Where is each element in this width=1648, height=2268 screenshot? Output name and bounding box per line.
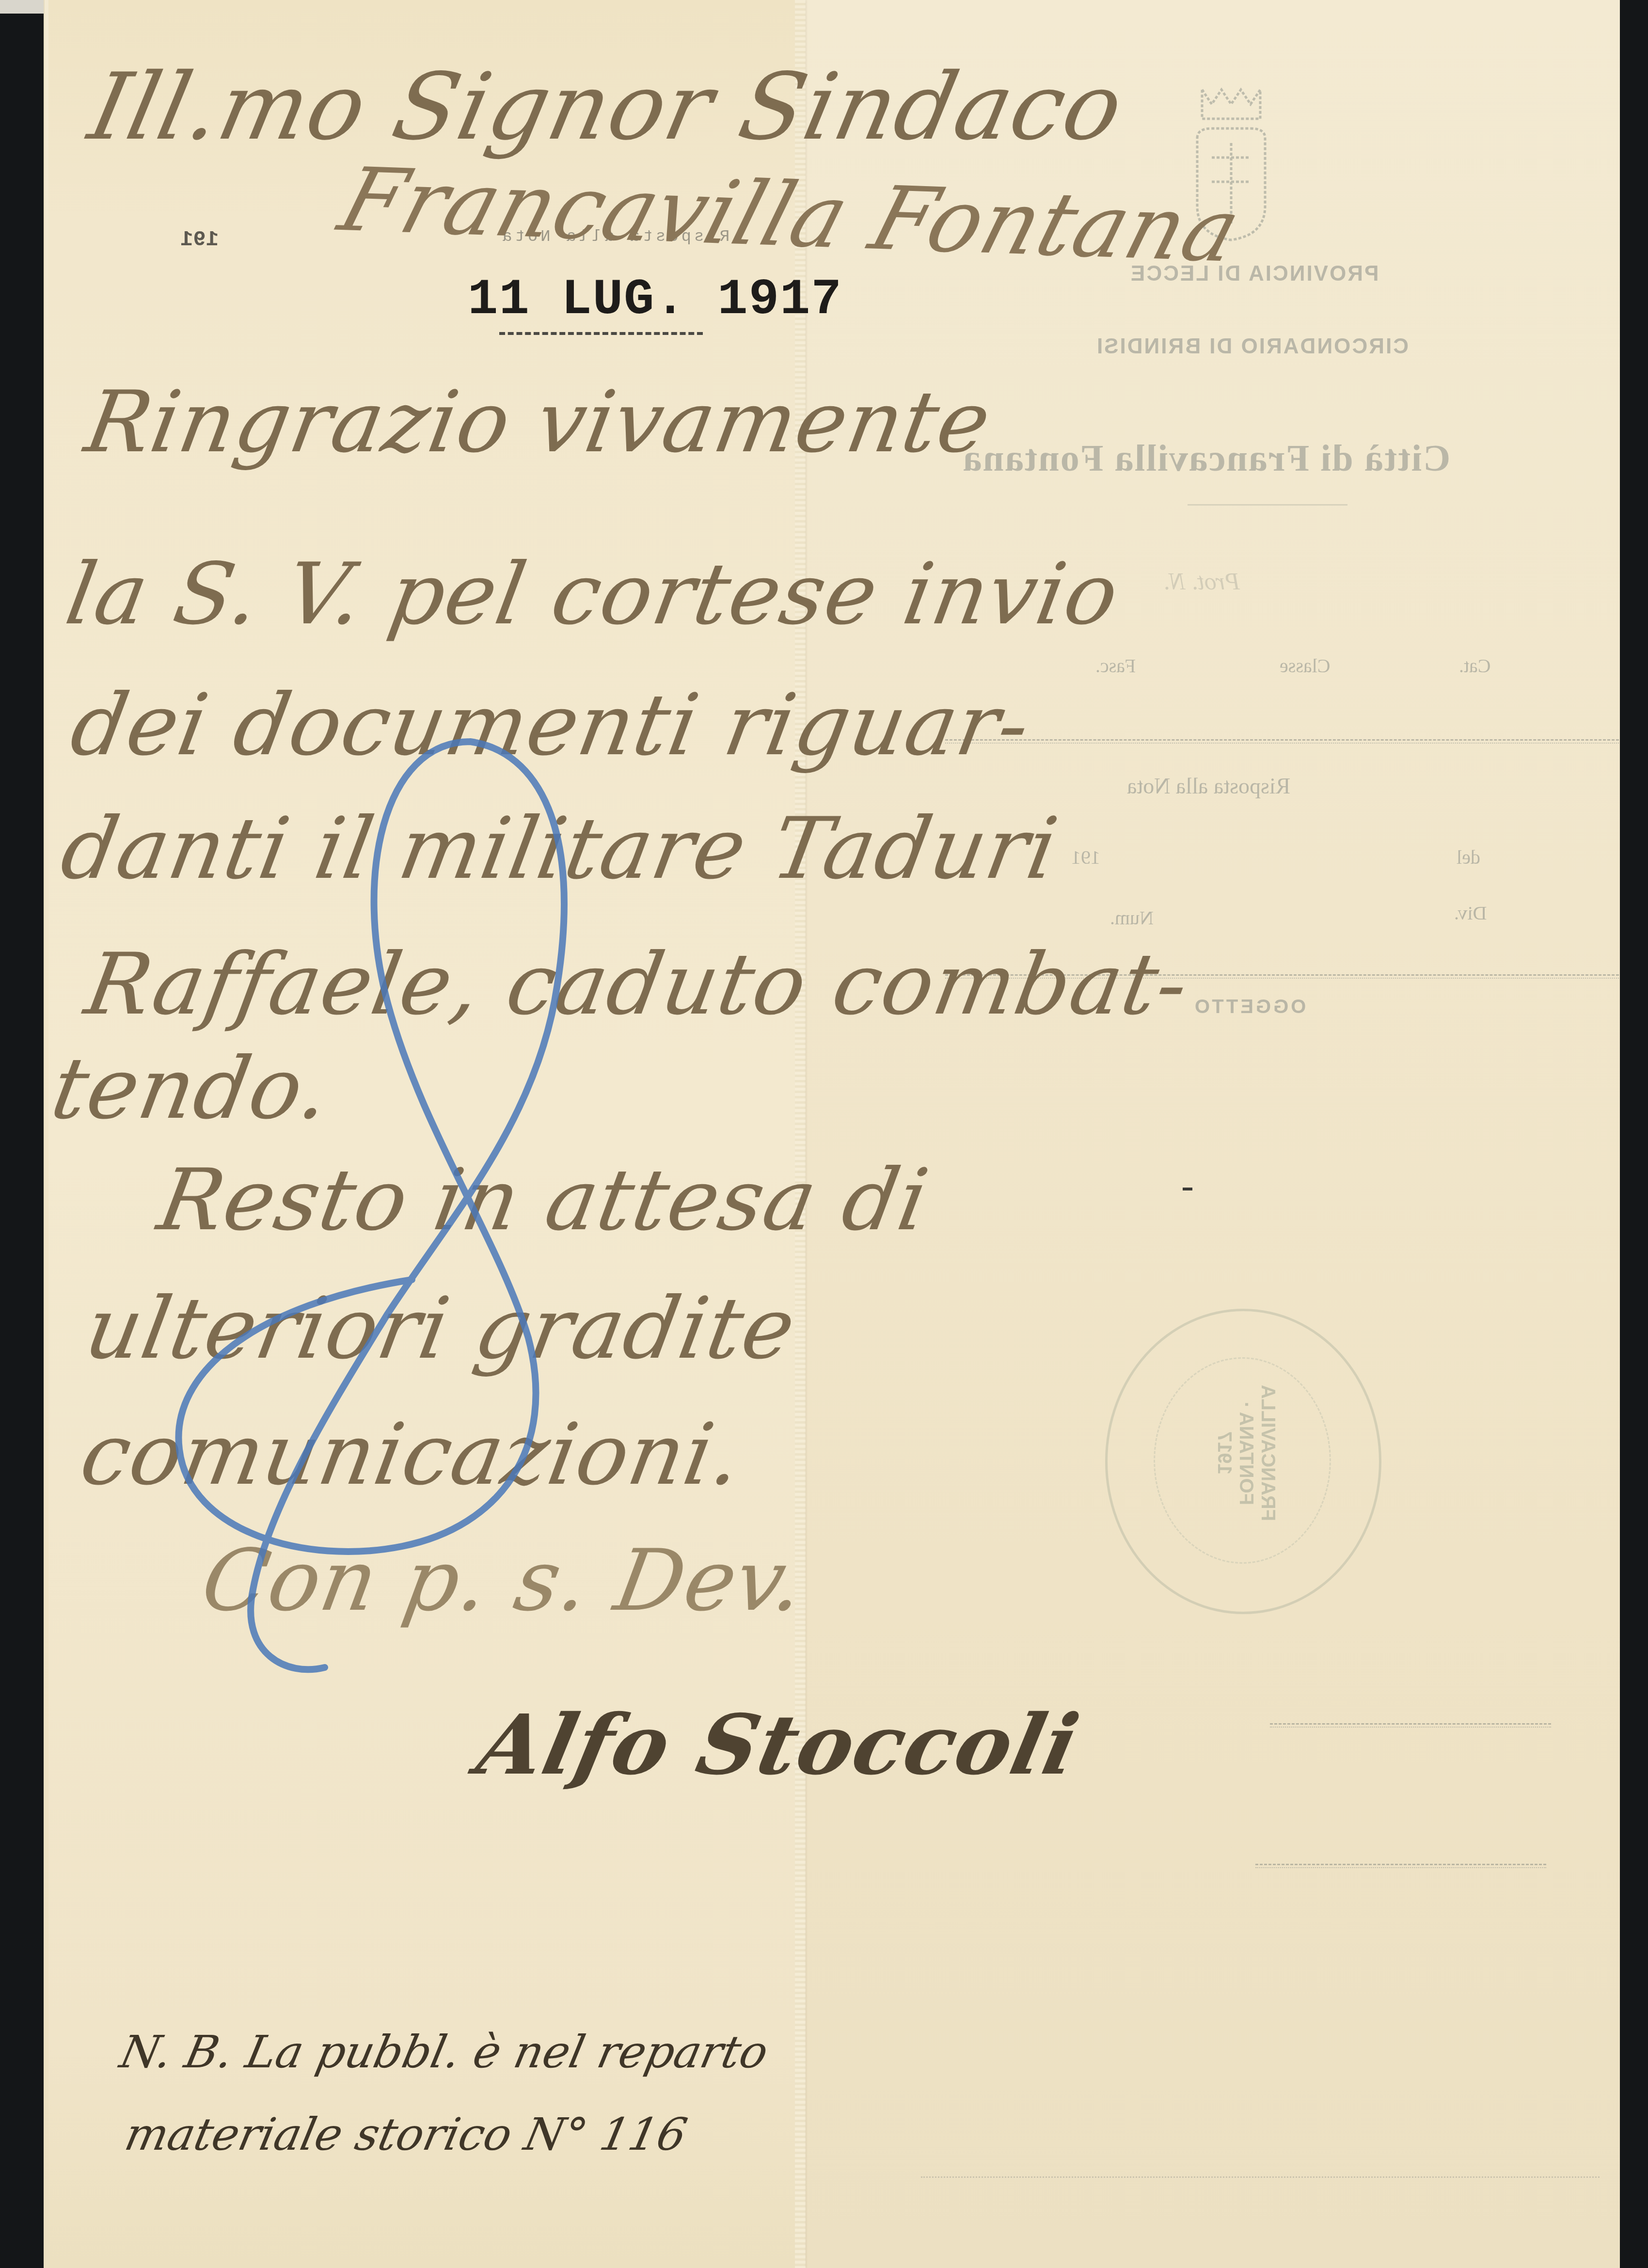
torn-sheet-edge: [795, 0, 806, 2268]
date-received-stamp: 11 LUG. 1917: [468, 271, 842, 329]
blue-pencil-eight-icon: [160, 732, 596, 1682]
lower-rule-1: [1270, 1723, 1551, 1728]
letter-salutation: Ill.mo Signor Sindaco: [81, 53, 1133, 160]
ink-dash-mark: [1183, 1188, 1192, 1190]
date-stamp-underline: [499, 332, 703, 339]
field-del-label: del: [1457, 846, 1480, 869]
field-div-label: Div.: [1454, 902, 1487, 924]
scanner-background-right: [1619, 0, 1648, 2268]
field-year-label: 191: [1071, 846, 1100, 869]
field-risposta-label: Risposta alla Nota: [1127, 773, 1290, 799]
archival-note-line-2: materiale storico N° 116: [121, 2109, 692, 2160]
letterhead-protocol-label: Prot. N.: [1163, 567, 1240, 595]
archival-note-line-1: N. B. La pubbl. è nel reparto: [116, 2026, 773, 2078]
field-fasc-label: Fasc.: [1095, 654, 1136, 677]
letterhead-divider: [1188, 504, 1347, 506]
bottom-dotted-rule: [921, 2176, 1600, 2179]
lower-rule-2: [1255, 1864, 1546, 1868]
form-rule-top: [945, 739, 1619, 744]
field-classe-label: Classe: [1280, 654, 1330, 677]
scanner-edge-strip: [0, 0, 48, 14]
letter-body-line: la S. V. pel cortese invio: [59, 545, 1126, 644]
letter-body-line: Ringrazio vivamente: [79, 373, 998, 472]
scanner-background-left: [0, 0, 44, 2268]
field-num-label: Num.: [1110, 906, 1154, 929]
oggetto-label: OGGETTO: [1192, 996, 1306, 1018]
letter-signature: Alfo Stoccoli: [470, 1697, 1088, 1793]
mirrored-number-stamp: 191: [180, 228, 219, 252]
postmark-text: FRANCAVILLA FONTANA · 1917: [1213, 1380, 1279, 1526]
letterhead-district: CIRCONDARIO DI BRINDISI: [1095, 334, 1409, 359]
letterhead-city: Città di Francavilla Fontana: [962, 436, 1450, 480]
field-cat-label: Cat.: [1459, 654, 1491, 677]
